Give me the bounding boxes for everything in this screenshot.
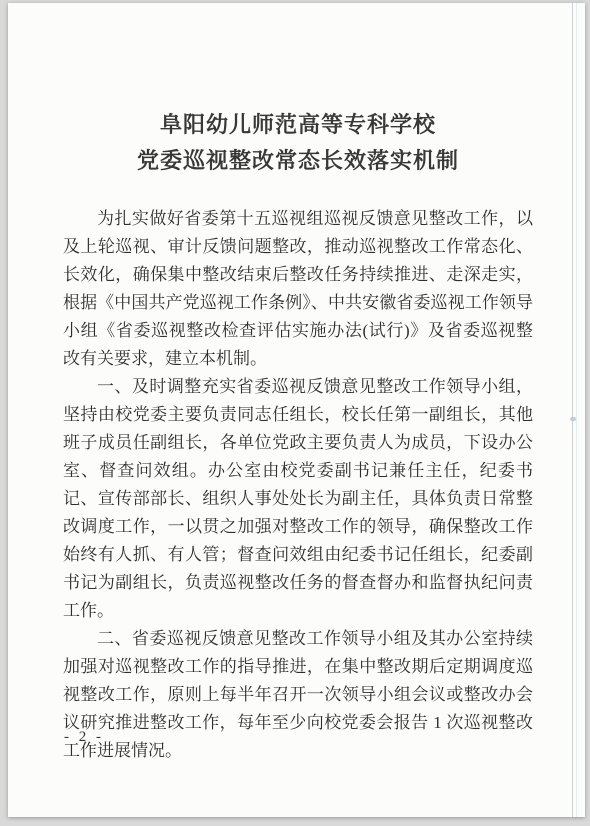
scan-crease-line-light — [576, 3, 577, 817]
document-page: 阜阳幼儿师范高等专科学校 党委巡视整改常态长效落实机制 为扎实做好省委第十五巡视… — [8, 3, 585, 817]
page-number: - 2 - — [64, 729, 104, 746]
page-content: 阜阳幼儿师范高等专科学校 党委巡视整改常态长效落实机制 为扎实做好省委第十五巡视… — [63, 3, 533, 765]
paragraph-intro: 为扎实做好省委第十五巡视组巡视反馈意见整改工作，以及上轮巡视、审计反馈问题整改，… — [63, 205, 533, 373]
document-body: 为扎实做好省委第十五巡视组巡视反馈意见整改工作，以及上轮巡视、审计反馈问题整改，… — [63, 205, 533, 765]
paragraph-item-2: 二、省委巡视反馈意见整改工作领导小组及其办公室持续加强对巡视整改工作的指导推进，… — [63, 625, 533, 765]
document-title: 阜阳幼儿师范高等专科学校 党委巡视整改常态长效落实机制 — [63, 107, 533, 179]
document-title-line-1: 阜阳幼儿师范高等专科学校 — [63, 107, 533, 143]
scan-artifact — [570, 417, 576, 421]
scan-background: { "document": { "title": { "line1": "阜阳幼… — [0, 0, 590, 826]
document-title-line-2: 党委巡视整改常态长效落实机制 — [63, 143, 533, 179]
scan-crease-line — [572, 3, 573, 817]
paragraph-item-1: 一、及时调整充实省委巡视反馈意见整改工作领导小组，坚持由校党委主要负责同志任组长… — [63, 373, 533, 625]
